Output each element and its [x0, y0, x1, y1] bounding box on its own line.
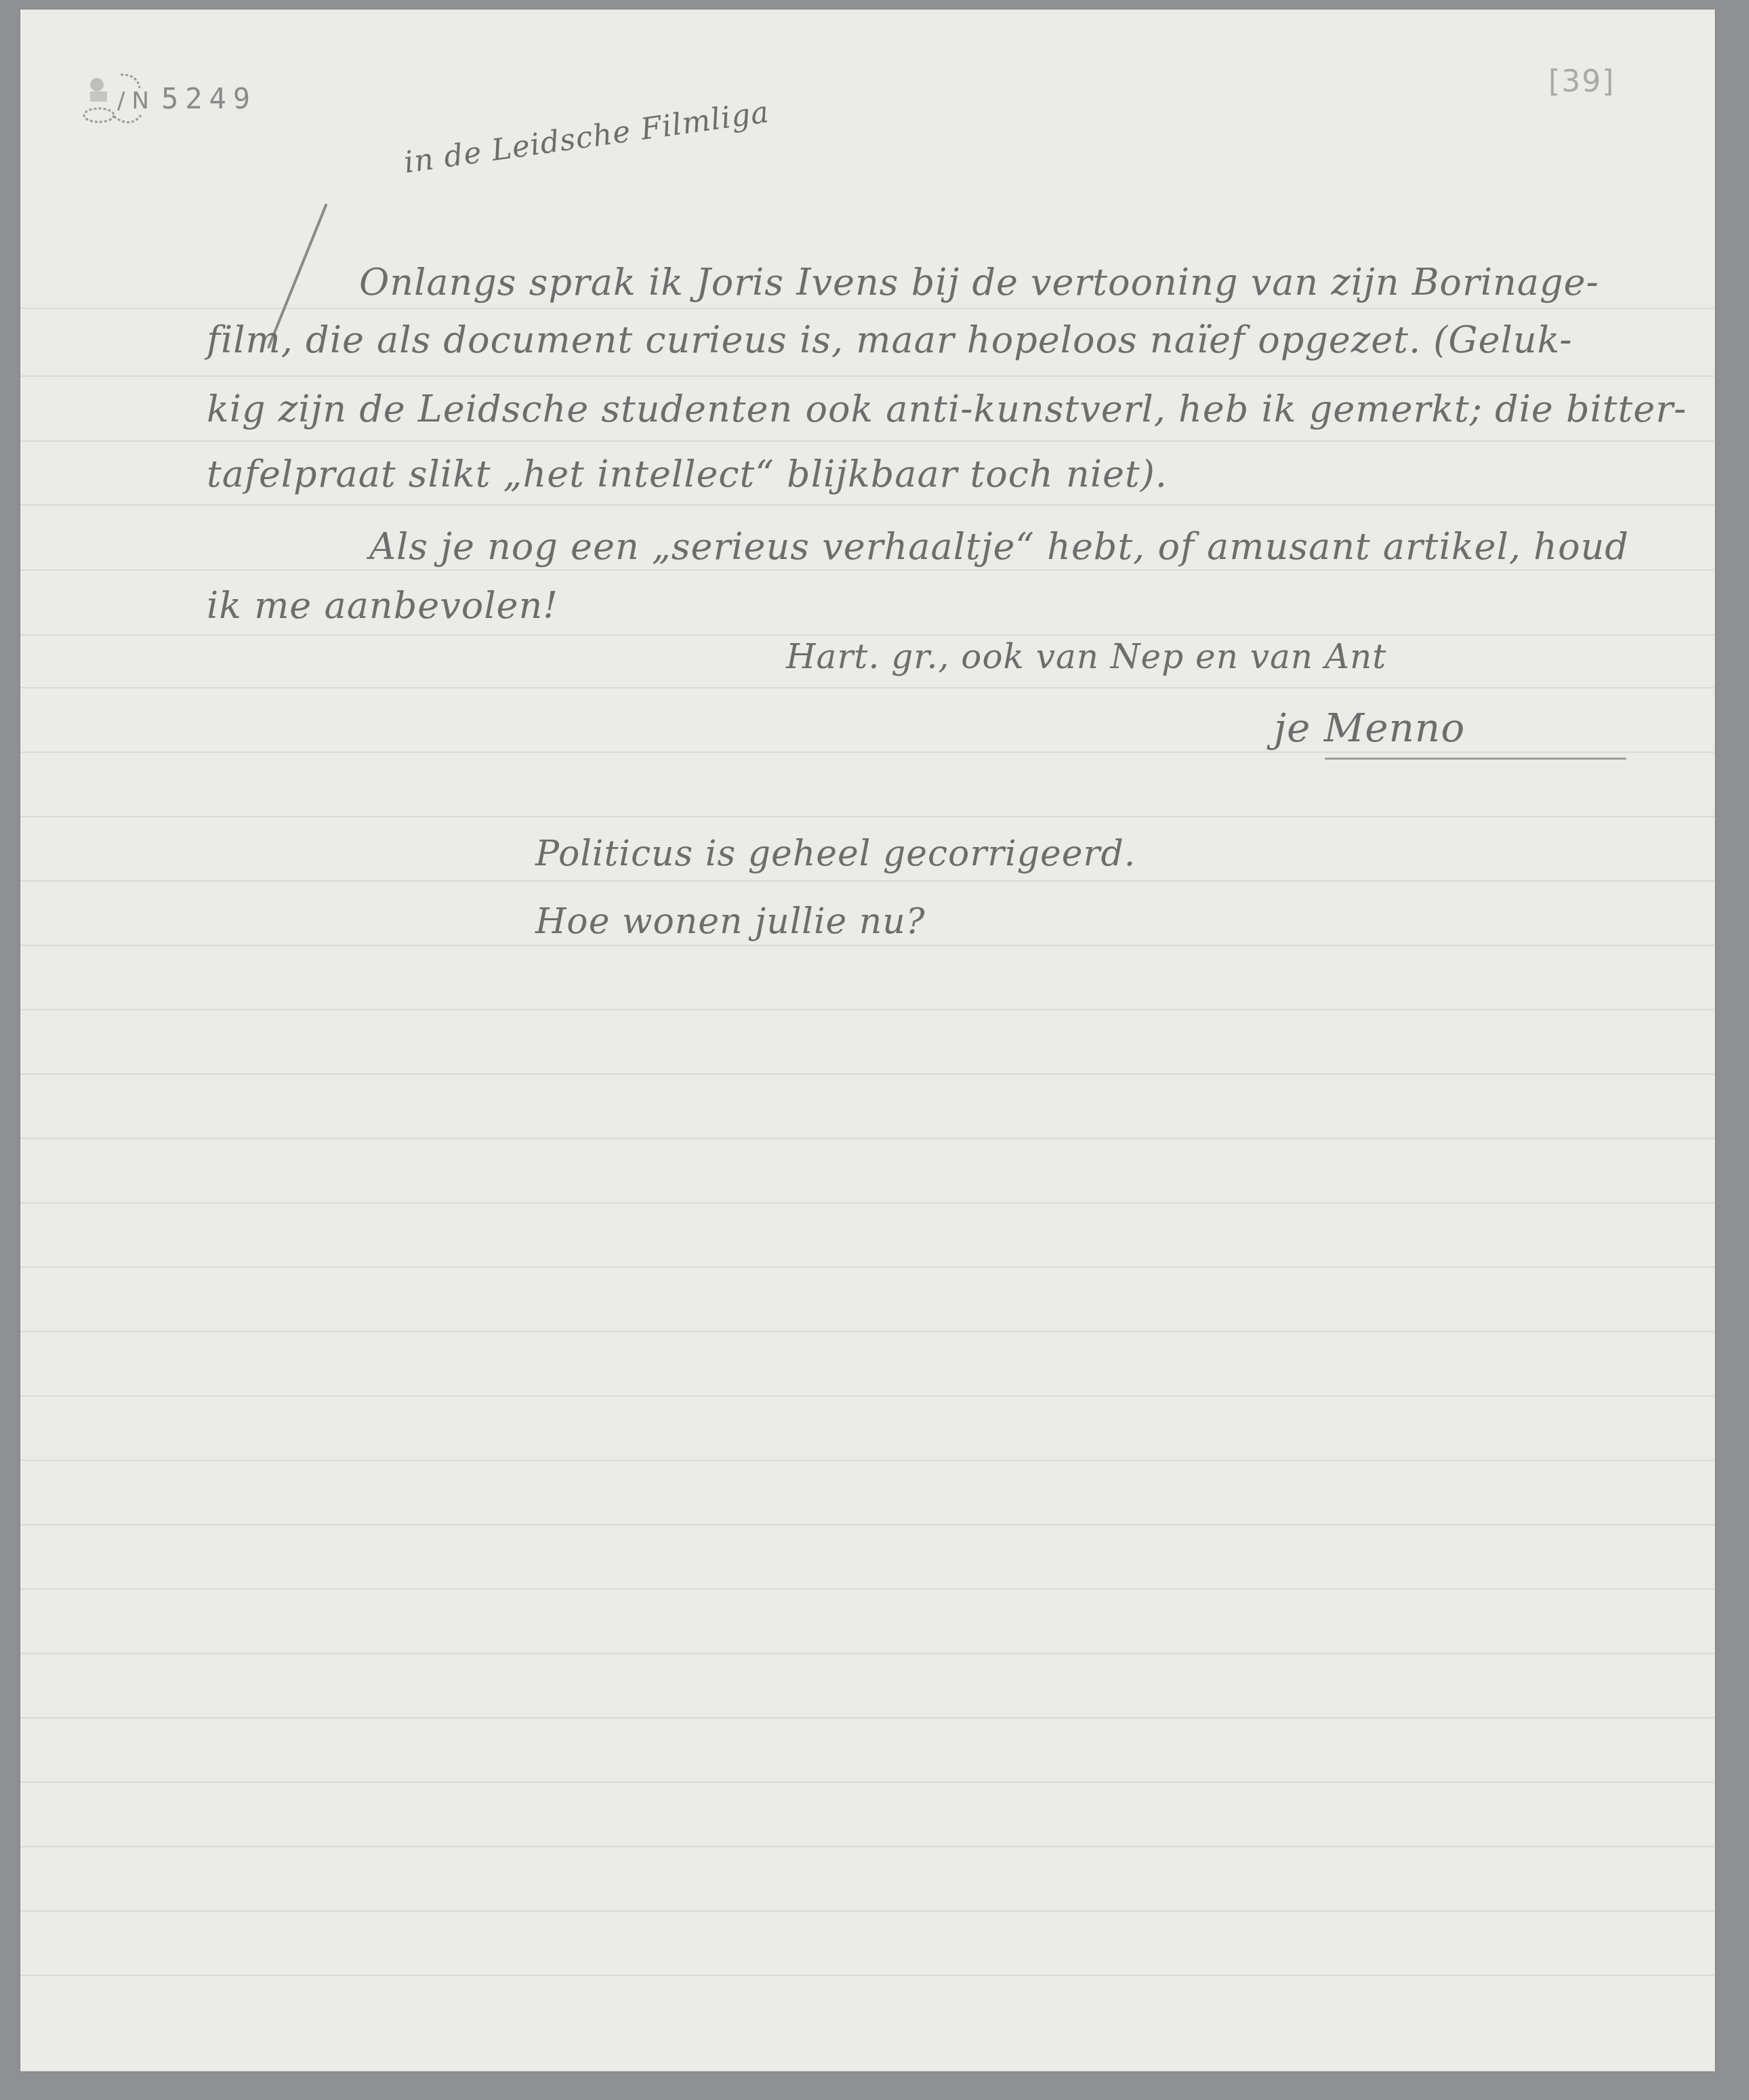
ruled-line	[20, 1782, 1714, 1783]
closing-greeting: Hart. gr., ook van Nep en van Ant	[786, 637, 1386, 676]
letter-line: kig zijn de Leidsche studenten ook anti-…	[207, 388, 1687, 430]
ruled-line	[20, 375, 1714, 377]
letter-line: Als je nog een „serieus verhaaltje“ hebt…	[369, 525, 1629, 568]
letter-line: Onlangs sprak ik Joris Ivens bij de vert…	[359, 261, 1599, 304]
ruled-line	[20, 1975, 1714, 1976]
ruled-line	[20, 1073, 1714, 1075]
ruled-line	[20, 440, 1714, 442]
ruled-line	[20, 1717, 1714, 1718]
ruled-line	[20, 308, 1714, 309]
page-number: [39]	[1548, 64, 1615, 99]
ruled-line	[20, 752, 1714, 753]
ruled-line	[20, 687, 1714, 688]
ruled-line	[20, 1524, 1714, 1525]
ruled-line	[20, 1138, 1714, 1139]
ruled-line	[20, 504, 1714, 506]
archive-emblem-icon: /N:	[80, 68, 148, 129]
postscript-line: Politicus is geheel gecorrigeerd.	[535, 833, 1136, 874]
ruled-line	[20, 1653, 1714, 1654]
archive-number: 5249	[161, 82, 257, 115]
letter-line: film, die als document curieus is, maar …	[207, 318, 1572, 361]
ruled-line	[20, 1331, 1714, 1332]
letter-line: tafelpraat slikt „het intellect“ blijkba…	[207, 453, 1168, 495]
svg-text:/N:: /N:	[117, 87, 148, 115]
postscript-line: Hoe wonen jullie nu?	[535, 901, 926, 942]
ruled-line	[20, 1202, 1714, 1203]
ruled-line	[20, 880, 1714, 882]
signature-underline	[1325, 758, 1626, 760]
letter-line: ik me aanbevolen!	[207, 584, 558, 627]
ruled-line	[20, 569, 1714, 571]
ruled-line	[20, 945, 1714, 946]
ruled-line	[20, 1267, 1714, 1268]
ruled-line	[20, 816, 1714, 817]
ruled-line	[20, 1846, 1714, 1847]
ruled-line	[20, 1588, 1714, 1590]
ruled-line	[20, 1460, 1714, 1461]
archive-stamp: /N: 5249	[80, 68, 257, 129]
ruled-line	[20, 1009, 1714, 1010]
ruled-line	[20, 1395, 1714, 1397]
ruled-line	[20, 1910, 1714, 1912]
signature: je Menno	[1274, 705, 1465, 751]
ruled-line	[20, 634, 1714, 636]
